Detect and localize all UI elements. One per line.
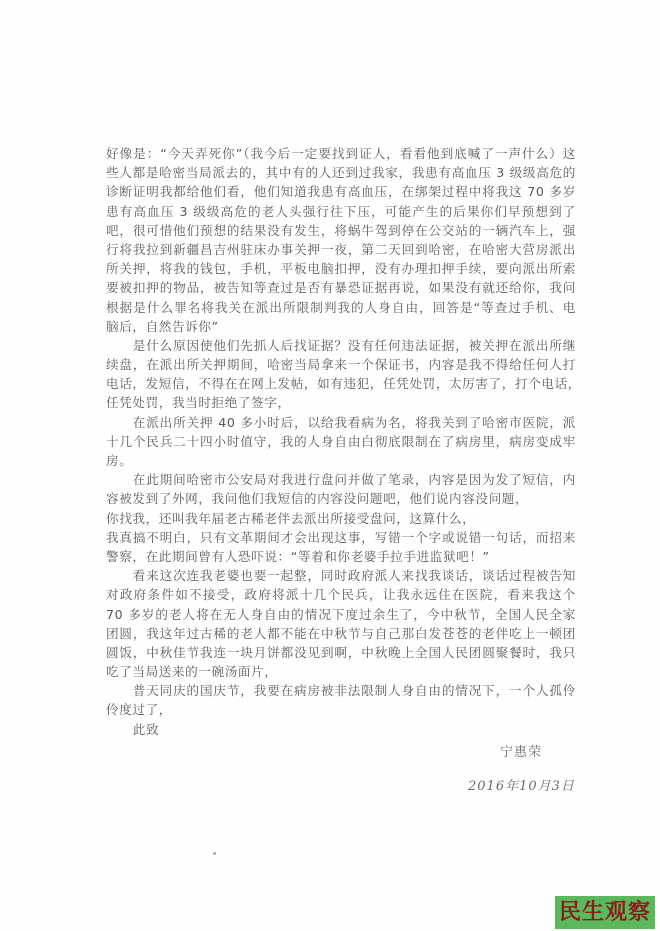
watermark-logo: 民生观察 (555, 896, 655, 929)
text-line: 对政府条件如不接受，政府将派十几个民兵，让我永远住在医院，看来我这个 (106, 585, 576, 604)
signature-date: 2016年10月3日 (468, 775, 575, 794)
text-line: 在此期间哈密市公安局对我进行盘问并做了笔录，内容是因为发了短信，内 (106, 470, 576, 489)
text-line: 此致 (106, 720, 576, 739)
text-line: 吃了当局送来的一碗汤面片， (106, 662, 576, 681)
text-line: 是什么原因使他们先抓人后找证据？没有任何违法证据，被关押在派出所继 (106, 336, 576, 355)
text-line: 伶度过了， (106, 700, 576, 719)
text-line: 要被扣押的物品，被告知等查过是否有暴恐证据再说，如果没有就还给你，我问 (106, 278, 576, 297)
scan-speck (213, 852, 216, 855)
text-line: 脑后，自然告诉你” (106, 317, 576, 336)
text-line: 所关押，将我的钱包，手机，平板电脑扣押，没有办理扣押手续，要向派出所索 (106, 259, 576, 278)
text-line: 诊断证明我都给他们看，他们知道我患有高血压，在绑架过程中将我这 70 多岁 (106, 182, 576, 201)
text-line: 吧，很可惜他们预想的结果没有发生，将蜗牛驾到停在公交站的一辆汽车上，强 (106, 221, 576, 240)
text-line: 任凭处罚，我当时拒绝了签字， (106, 393, 576, 412)
text-line: 容被发到了外网，我问他们我短信的内容没问题吧，他们说内容没问题， (106, 489, 576, 508)
letter-body: 好像是：“今天弄死你”（我今后一定要找到证人，看看他到底喊了一声什么）这些人都是… (106, 144, 576, 739)
text-line: 在派出所关押 40 多小时后，以给我看病为名，将我关到了哈密市医院，派 (106, 413, 576, 432)
text-line: 警察，在此期间曾有人恐吓说：“等着和你老婆手拉手进监狱吧！” (106, 547, 576, 566)
signature-name: 宁惠荣 (500, 741, 542, 760)
text-line: 患有高血压 3 级级高危的老人头强行往下压，可能产生的后果你们早预想到了 (106, 202, 576, 221)
text-line: 根据是什么罪名将我关在派出所限制判我的人身自由，回答是“等查过手机、电 (106, 298, 576, 317)
text-line: 团圆，我这年过古稀的老人都不能在中秋节与自己那白发苍苍的老伴吃上一顿团 (106, 624, 576, 643)
text-line: 续盘，在派出所关押期间，哈密当局拿来一个保证书，内容是我不得给任何人打 (106, 355, 576, 374)
text-line: 行将我拉到新疆昌吉州驻床办事关押一夜，第二天回到哈密，在哈密大营房派出 (106, 240, 576, 259)
text-line: 十几个民兵二十四小时值守，我的人身自由白彻底限制在了病房里，病房变成牢 (106, 432, 576, 451)
text-line: 房。 (106, 451, 576, 470)
scanned-letter-page: 好像是：“今天弄死你”（我今后一定要找到证人，看看他到底喊了一声什么）这些人都是… (0, 0, 660, 931)
text-line: 些人都是哈密当局派去的，其中有的人还到过我家，我患有高血压 3 级级高危的 (106, 163, 576, 182)
text-line: 普天同庆的国庆节，我要在病房被非法限制人身自由的情况下，一个人孤伶 (106, 681, 576, 700)
text-line: 圆饭，中秋佳节我连一块月饼都没见到啊，中秋晚上全国人民团圆聚餐时，我只 (106, 643, 576, 662)
text-line: 70 多岁的老人将在无人身自由的情况下度过余生了，今中秋节，全国人民全家 (106, 605, 576, 624)
text-line: 电话，发短信，不得在在网上发帖，如有违犯，任凭处罚，太厉害了，打个电话， (106, 374, 576, 393)
text-line: 好像是：“今天弄死你”（我今后一定要找到证人，看看他到底喊了一声什么）这 (106, 144, 576, 163)
text-line: 我真搞不明白，只有文革期间才会出现这事，写错一个字或说错一句话，而招来 (106, 528, 576, 547)
text-line: 你找我，还叫我年届老古稀老伴去派出所接受盘问，这算什么， (106, 509, 576, 528)
text-line: 看来这次连我老婆也要一起整，同时政府派人来找我谈话，谈话过程被告知 (106, 566, 576, 585)
